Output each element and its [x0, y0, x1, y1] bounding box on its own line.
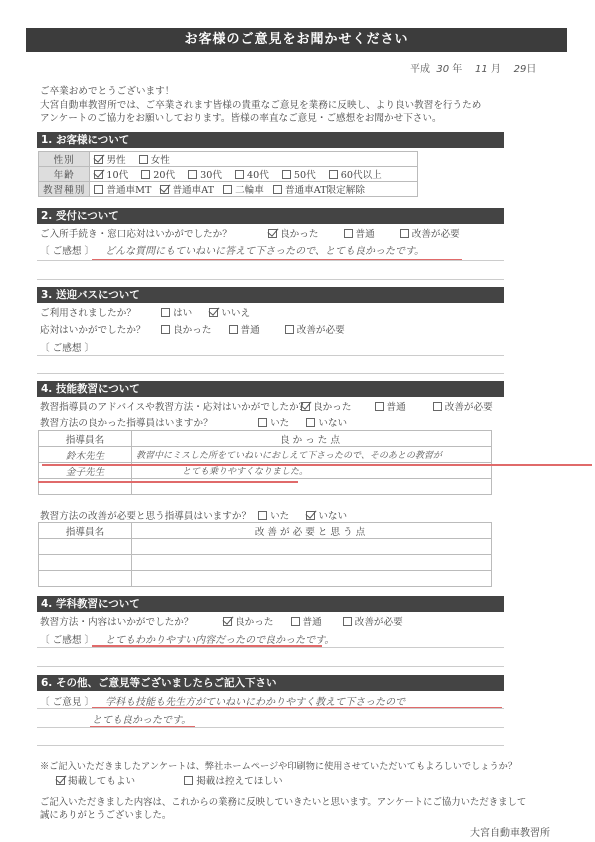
bus-used-row: ご利用されましたか？ はい いいえ [40, 305, 260, 319]
option-label: いいえ [221, 308, 250, 319]
publish-options: 掲載してもよい 掲載は控えてほしい [56, 773, 293, 787]
bus-normal-option[interactable]: 普通 [229, 322, 260, 336]
checkbox-icon[interactable] [235, 170, 244, 179]
checkbox-icon[interactable] [139, 155, 148, 164]
option-label: 普通車AT [172, 185, 214, 196]
column-header-good-points: 良かった点 [132, 431, 492, 447]
option-label: 20代 [153, 170, 175, 181]
intro-line: ご卒業おめでとうございます！ [40, 85, 481, 99]
age-30s-option[interactable]: 30代 [188, 167, 222, 181]
other-comment-row: 〔 ご意見 〕 学科も技能も先生方がていねいにわかりやすく教えて下さったので [40, 693, 405, 708]
instructor-name-cell[interactable] [39, 539, 132, 555]
age-row: 年齢 10代 20代 30代 40代 50代 60代以上 [39, 167, 418, 182]
reception-comment-row: 〔 ご感想 〕 どんな質問にもていねいに答えて下さったので、とても良かったです。 [40, 242, 424, 257]
checkbox-checked-icon[interactable] [209, 308, 218, 317]
checkbox-checked-icon[interactable] [56, 776, 65, 785]
option-label: 掲載してもよい [68, 776, 135, 787]
checkbox-icon[interactable] [282, 170, 291, 179]
comment-line [37, 727, 504, 728]
column-header-instructor: 指導員名 [39, 431, 132, 447]
license-type-label: 教習種別 [39, 182, 90, 197]
other-comment-line-2[interactable]: とても良かったです。 [92, 711, 191, 726]
comment-line [37, 666, 504, 667]
option-label: 50代 [294, 170, 316, 181]
gender-row: 性別 男性 女性 [39, 152, 418, 167]
option-label: 女性 [151, 155, 170, 166]
date-year[interactable]: 30 [436, 64, 449, 75]
instructor-good-option[interactable]: 良かった [301, 399, 351, 413]
instructor-name-cell[interactable] [39, 555, 132, 571]
date-day[interactable]: 29 [514, 64, 527, 75]
option-label: 掲載は控えてほしい [196, 776, 282, 787]
table-row: 鈴木先生 教習中にミスした所をていねいにおしえて下さったので、そのあとの教習が [39, 447, 492, 463]
comment-label: 〔 ご感想 〕 [40, 343, 94, 354]
license-mt-option[interactable]: 普通車MT [94, 182, 151, 196]
bus-used-yes-option[interactable]: はい [161, 305, 192, 319]
highlight-underline [38, 481, 298, 483]
option-label: いない [318, 418, 347, 429]
age-options: 10代 20代 30代 40代 50代 60代以上 [90, 167, 418, 182]
option-label: 普通車MT [106, 185, 151, 196]
section-4-header: 4. 技能教習について [37, 381, 504, 397]
comment-line [37, 355, 504, 356]
checkbox-icon[interactable] [375, 402, 384, 411]
checkbox-icon[interactable] [184, 776, 193, 785]
age-label: 年齢 [39, 167, 90, 182]
bus-used-question: ご利用されましたか？ [40, 305, 158, 319]
table-row [39, 539, 492, 555]
option-label: 普通 [387, 402, 406, 413]
option-label: 改善が必要 [445, 402, 493, 413]
checkbox-checked-icon[interactable] [94, 155, 103, 164]
option-label: 普通 [303, 617, 322, 628]
option-label: 改善が必要 [412, 229, 460, 240]
option-label: 30代 [200, 170, 222, 181]
option-label: いた [270, 511, 289, 522]
license-type-row: 教習種別 普通車MT 普通車AT 二輪車 普通車AT限定解除 [39, 182, 418, 197]
bad-instructor-no-option[interactable]: いない [306, 508, 347, 522]
highlight-underline [42, 464, 592, 466]
checkbox-icon[interactable] [161, 325, 170, 334]
classroom-question-row: 教習方法・内容はいかがでしたか？ 良かった 普通 改善が必要 [40, 614, 413, 628]
bus-service-question: 応対はいかがでしたか？ [40, 322, 158, 336]
section-1-header: 1. お客様について [37, 132, 504, 148]
reception-comment[interactable]: どんな質問にもていねいに答えて下さったので、とても良かったです。 [105, 246, 424, 257]
bad-instructor-yes-option[interactable]: いた [258, 508, 289, 522]
year-unit: 年 [452, 64, 462, 75]
license-motorcycle-option[interactable]: 二輪車 [223, 182, 264, 196]
option-label: 普通 [241, 325, 260, 336]
date-month[interactable]: 11 [475, 64, 488, 75]
customer-info-table: 性別 男性 女性 年齢 10代 20代 30代 40代 50代 60代以上 教習… [38, 151, 418, 197]
age-10s-option[interactable]: 10代 [94, 167, 128, 181]
gender-options: 男性 女性 [90, 152, 418, 167]
license-at-option[interactable]: 普通車AT [160, 182, 214, 196]
bus-improve-option[interactable]: 改善が必要 [285, 322, 345, 336]
checkbox-icon[interactable] [285, 325, 294, 334]
bad-instructor-question: 教習方法の改善が必要と思う指導員はいますか？ [40, 508, 255, 522]
classroom-normal-option[interactable]: 普通 [291, 614, 322, 628]
section-6-header: 6. その他、ご意見等ございましたらご記入下さい [37, 675, 504, 691]
option-label: 40代 [247, 170, 269, 181]
comment-label: 〔 ご感想 〕 [40, 635, 94, 646]
age-50s-option[interactable]: 50代 [282, 167, 316, 181]
checkbox-icon[interactable] [229, 325, 238, 334]
good-instructor-table: 指導員名 良かった点 鈴木先生 教習中にミスした所をていねいにおしえて下さったの… [38, 430, 492, 495]
age-20s-option[interactable]: 20代 [141, 167, 175, 181]
gender-male-option[interactable]: 男性 [94, 152, 125, 166]
checkbox-icon[interactable] [344, 229, 353, 238]
checkbox-icon[interactable] [329, 170, 338, 179]
checkbox-icon[interactable] [258, 418, 267, 427]
gender-label: 性別 [39, 152, 90, 167]
classroom-question: 教習方法・内容はいかがでしたか？ [40, 614, 220, 628]
checkbox-icon[interactable] [188, 170, 197, 179]
instructor-rating-question: 教習指導員のアドバイスや教習方法・応対はいかがでしたか？ [40, 399, 298, 413]
comment-line [37, 708, 504, 709]
good-instructor-question: 教習方法の良かった指導員はいますか？ [40, 415, 255, 429]
bad-instructor-row: 教習方法の改善が必要と思う指導員はいますか？ いた いない [40, 508, 357, 522]
checkbox-checked-icon[interactable] [223, 617, 232, 626]
month-unit: 月 [491, 64, 501, 75]
table-header-row: 指導員名 良かった点 [39, 431, 492, 447]
option-label: 60代以上 [341, 170, 382, 181]
improvement-points-cell[interactable] [132, 555, 492, 571]
instructor-name-cell[interactable]: 鈴木先生 [39, 447, 132, 463]
checkbox-checked-icon[interactable] [160, 185, 169, 194]
checkbox-icon[interactable] [343, 617, 352, 626]
checkbox-icon[interactable] [291, 617, 300, 626]
instructor-improve-option[interactable]: 改善が必要 [433, 399, 493, 413]
checkbox-icon[interactable] [141, 170, 150, 179]
publish-decline-option[interactable]: 掲載は控えてほしい [184, 773, 282, 787]
comment-label: 〔 ご感想 〕 [40, 246, 94, 257]
column-header-improvement-points: 改善が必要と思う点 [132, 523, 492, 539]
comment-line [37, 745, 504, 746]
option-label: いた [270, 418, 289, 429]
table-row [39, 555, 492, 571]
section-3-header: 3. 送迎バスについて [37, 287, 504, 303]
instructor-normal-option[interactable]: 普通 [375, 399, 406, 413]
reception-good-option[interactable]: 良かった [268, 226, 318, 240]
checkbox-icon[interactable] [161, 308, 170, 317]
checkbox-checked-icon[interactable] [306, 511, 315, 520]
good-instructor-no-option[interactable]: いない [306, 415, 347, 429]
comment-line [37, 647, 504, 648]
checkbox-icon[interactable] [94, 185, 103, 194]
checkbox-checked-icon[interactable] [94, 170, 103, 179]
checkbox-icon[interactable] [400, 229, 409, 238]
classroom-comment-row: 〔 ご感想 〕 とてもわかりやすい内容だったので良かったです。 [40, 631, 334, 646]
date-era: 平成 [410, 64, 430, 75]
good-instructor-row: 教習方法の良かった指導員はいますか？ いた いない [40, 415, 357, 429]
checkbox-checked-icon[interactable] [268, 229, 277, 238]
form-title: お客様のご意見をお聞かせください [26, 28, 567, 52]
reception-question: ご入所手続き・窓口応対はいかがでしたか？ [40, 226, 265, 240]
day-unit: 日 [526, 64, 536, 75]
checkbox-icon[interactable] [273, 185, 282, 194]
publish-question: ※ご記入いただきましたアンケートは、弊社ホームページや印刷物に使用させていただい… [40, 760, 517, 773]
age-40s-option[interactable]: 40代 [235, 167, 269, 181]
checkbox-icon[interactable] [306, 418, 315, 427]
closing-line: 誠にありがとうございました。 [40, 809, 526, 822]
section-5-header: 4. 学科教習について [37, 596, 504, 612]
option-label: 良かった [173, 325, 211, 336]
option-label: 男性 [106, 155, 125, 166]
section-2-header: 2. 受付について [37, 208, 504, 224]
table-row [39, 571, 492, 587]
reception-question-row: ご入所手続き・窓口応対はいかがでしたか？ 良かった 普通 改善が必要 [40, 226, 470, 240]
comment-line [37, 260, 504, 261]
option-label: いない [318, 511, 347, 522]
checkbox-icon[interactable] [223, 185, 232, 194]
closing-text: ご記入いただきました内容は、これからの業務に反映していきたいと思います。アンケー… [40, 796, 526, 822]
checkbox-icon[interactable] [433, 402, 442, 411]
intro-text: ご卒業おめでとうございます！ 大宮自動車教習所では、ご卒業されます皆様の貴重なご… [40, 85, 481, 126]
classroom-improve-option[interactable]: 改善が必要 [343, 614, 403, 628]
checkbox-icon[interactable] [258, 511, 267, 520]
option-label: 普通 [356, 229, 375, 240]
option-label: 良かった [280, 229, 318, 240]
improvement-points-cell[interactable] [132, 571, 492, 587]
reception-improve-option[interactable]: 改善が必要 [400, 226, 460, 240]
license-type-options: 普通車MT 普通車AT 二輪車 普通車AT限定解除 [90, 182, 418, 197]
bus-comment-row: 〔 ご感想 〕 [40, 340, 94, 354]
date: 平成 30 年 11 月 29日 [410, 60, 536, 75]
closing-line: ご記入いただきました内容は、これからの業務に反映していきたいと思います。アンケー… [40, 796, 526, 809]
column-header-instructor: 指導員名 [39, 523, 132, 539]
bad-instructor-table: 指導員名 改善が必要と思う点 [38, 522, 492, 587]
comment-line [37, 373, 504, 374]
option-label: 二輪車 [235, 185, 264, 196]
bus-service-row: 応対はいかがでしたか？ 良かった 普通 改善が必要 [40, 322, 355, 336]
option-label: はい [173, 308, 192, 319]
option-label: 普通車AT限定解除 [285, 185, 365, 196]
bus-used-no-option[interactable]: いいえ [209, 305, 250, 319]
publish-allow-option[interactable]: 掲載してもよい [56, 773, 135, 787]
checkbox-checked-icon[interactable] [301, 402, 310, 411]
option-label: 改善が必要 [355, 617, 403, 628]
option-label: 改善が必要 [297, 325, 345, 336]
instructor-rating-row: 教習指導員のアドバイスや教習方法・応対はいかがでしたか？ 良かった 普通 改善が… [40, 399, 503, 413]
signature: 大宮自動車教習所 [470, 824, 550, 839]
option-label: 良かった [235, 617, 273, 628]
improvement-points-cell[interactable] [132, 539, 492, 555]
good-points-cell[interactable]: 教習中にミスした所をていねいにおしえて下さったので、そのあとの教習が [132, 447, 492, 463]
age-60s-option[interactable]: 60代以上 [329, 167, 382, 181]
good-instructor-yes-option[interactable]: いた [258, 415, 289, 429]
intro-line: アンケートのご協力をお願いしております。皆様の率直なご意見・ご感想をお聞かせ下さ… [40, 112, 481, 126]
license-at-limit-removal-option[interactable]: 普通車AT限定解除 [273, 182, 365, 196]
intro-line: 大宮自動車教習所では、ご卒業されます皆様の貴重なご意見を業務に反映し、より良い教… [40, 99, 481, 113]
instructor-name-cell[interactable] [39, 571, 132, 587]
reception-normal-option[interactable]: 普通 [344, 226, 375, 240]
bus-good-option[interactable]: 良かった [161, 322, 211, 336]
comment-line [37, 279, 504, 280]
comment-label: 〔 ご意見 〕 [40, 697, 94, 708]
gender-female-option[interactable]: 女性 [139, 152, 170, 166]
option-label: 良かった [313, 402, 351, 413]
option-label: 10代 [106, 170, 128, 181]
classroom-good-option[interactable]: 良かった [223, 614, 273, 628]
table-header-row: 指導員名 改善が必要と思う点 [39, 523, 492, 539]
